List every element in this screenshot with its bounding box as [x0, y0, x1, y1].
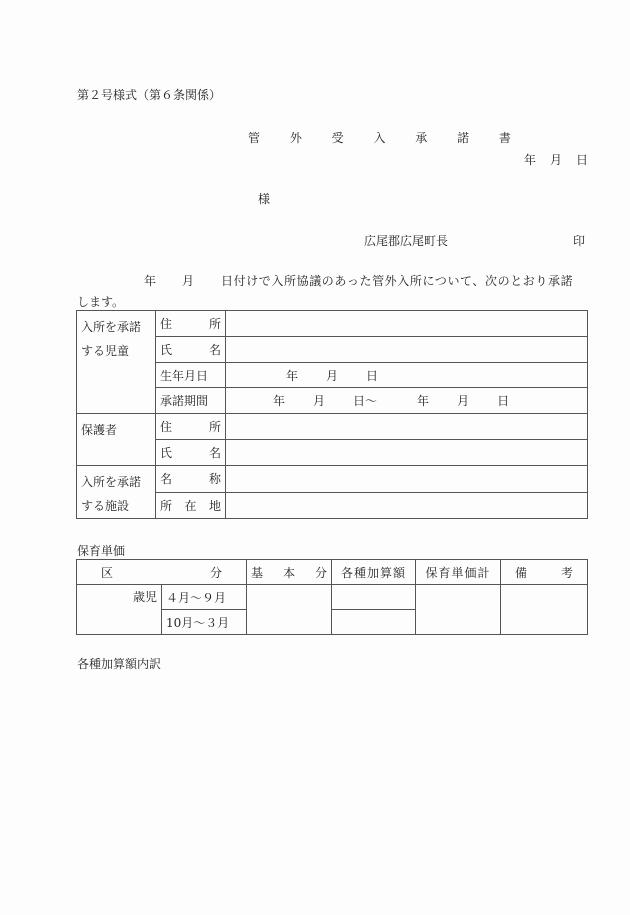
period-field[interactable]: 年月日～年月日	[226, 388, 588, 414]
facility-location-field[interactable]	[226, 492, 588, 519]
form-label: 第２号様式（第６条関係）	[77, 86, 221, 103]
additions-field-1[interactable]	[332, 585, 416, 610]
additions-breakdown-heading: 各種加算額内訳	[77, 655, 161, 672]
facility-name-field[interactable]	[226, 466, 588, 493]
child-group-label: 入所を承諾する児童	[77, 311, 156, 414]
body-month: 月	[182, 272, 194, 289]
addressee-suffix: 様	[258, 190, 270, 207]
body-text-line2: します。	[77, 293, 124, 310]
date-month: 月	[550, 153, 562, 167]
guardian-name-field[interactable]	[226, 440, 588, 466]
period-apr-sep: ４月～９月	[162, 585, 247, 610]
body-year: 年	[144, 272, 156, 289]
period-label: 承諾期間	[156, 388, 226, 414]
date-year: 年	[524, 153, 536, 167]
col-additions: 各種加算額	[332, 560, 416, 585]
seal-mark: 印	[573, 232, 585, 249]
col-total: 保育単価計	[416, 560, 501, 585]
additions-field-2[interactable]	[332, 610, 416, 635]
child-name-field[interactable]	[226, 337, 588, 363]
guardian-address-field[interactable]	[226, 414, 588, 440]
birthdate-field[interactable]: 年月日	[226, 363, 588, 388]
approval-table: 入所を承諾する児童 住所 氏名 生年月日 年月日 承諾期間 年月日～年月日 保護…	[76, 310, 588, 519]
remarks-field[interactable]	[501, 585, 588, 635]
issuer: 広尾郡広尾町長	[364, 232, 448, 249]
guardian-group-label: 保護者	[77, 414, 156, 466]
unit-price-table: 区分 基本分 各種加算額 保育単価計 備考 歳児 ４月～９月 10月～３月	[76, 559, 588, 635]
age-label: 歳児	[77, 585, 162, 635]
date-line: 年月日	[524, 151, 588, 168]
date-day: 日	[576, 153, 588, 167]
basic-field[interactable]	[247, 585, 332, 635]
birthdate-label: 生年月日	[156, 363, 226, 388]
period-oct-mar: 10月～３月	[162, 610, 247, 635]
total-field[interactable]	[416, 585, 501, 635]
page-title: 管 外 受 入 承 諾 書	[248, 129, 524, 146]
unit-price-heading: 保育単価	[77, 542, 125, 559]
body-text-line1: 日付けで入所協議のあった管外入所について、次のとおり承諾	[221, 272, 573, 289]
facility-group-label: 入所を承諾する施設	[77, 466, 156, 519]
child-address-field[interactable]	[226, 311, 588, 337]
